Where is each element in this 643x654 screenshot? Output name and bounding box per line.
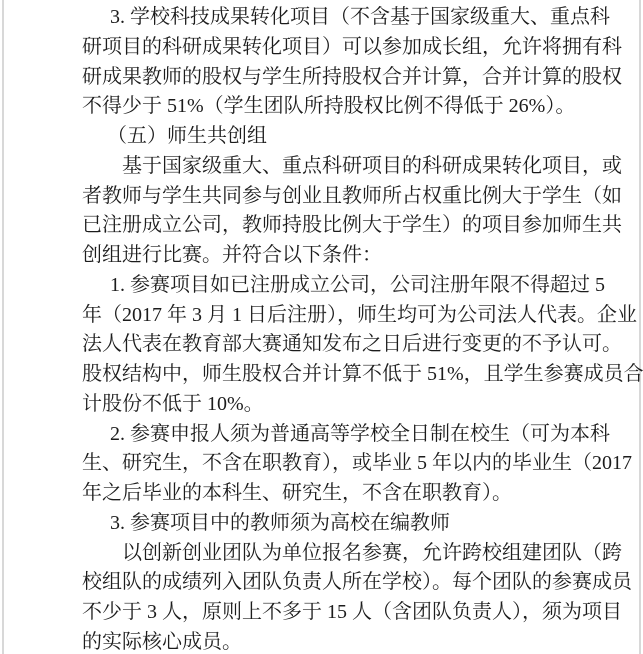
document-line: 生、研究生，不含在职教育），或毕业 5 年以内的毕业生（2017	[82, 449, 633, 479]
document-line: 2. 参赛申报人须为普通高等学校全日制在校生（可为本科	[110, 420, 633, 450]
document-line: 的实际核心成员。	[82, 628, 633, 654]
document-line: 创组进行比赛。并符合以下条件：	[82, 241, 633, 271]
document-line: 不少于 3 人，原则上不多于 15 人（含团队负责人），须为项目	[82, 598, 633, 628]
page-edge-left-line	[2, 0, 4, 654]
document-line: 基于国家级重大、重点科研项目的科研成果转化项目，或	[122, 152, 633, 182]
document-line: （五）师生共创组	[107, 122, 633, 152]
document-line: 股权结构中，师生股权合并计算不低于 51%，且学生参赛成员合	[82, 360, 633, 390]
document-line: 计股份不低于 10%。	[82, 390, 633, 420]
document-page: 3. 学校科技成果转化项目（不含基于国家级重大、重点科研项目的科研成果转化项目）…	[0, 0, 643, 654]
document-line: 者教师与学生共同参与创业且教师所占权重比例大于学生（如	[82, 182, 633, 212]
document-line: 年（2017 年 3 月 1 日后注册），师生均可为公司法人代表。企业	[82, 301, 633, 331]
document-line: 研成果教师的股权与学生所持股权合并计算，合并计算的股权	[82, 63, 633, 93]
document-body: 3. 学校科技成果转化项目（不含基于国家级重大、重点科研项目的科研成果转化项目）…	[82, 3, 633, 654]
document-line: 3. 学校科技成果转化项目（不含基于国家级重大、重点科	[110, 3, 633, 33]
document-line: 以创新创业团队为单位报名参赛，允许跨校组建团队（跨	[122, 539, 633, 569]
document-line: 年之后毕业的本科生、研究生，不含在职教育）。	[82, 479, 633, 509]
page-edge-right-line	[639, 0, 641, 654]
document-line: 已注册成立公司，教师持股比例大于学生）的项目参加师生共	[82, 211, 633, 241]
document-line: 法人代表在教育部大赛通知发布之日后进行变更的不予认可。	[82, 330, 633, 360]
document-line: 3. 参赛项目中的教师须为高校在编教师	[110, 509, 633, 539]
document-line: 校组队的成绩列入团队负责人所在学校）。每个团队的参赛成员	[82, 568, 633, 598]
document-line: 研项目的科研成果转化项目）可以参加成长组，允许将拥有科	[82, 33, 633, 63]
document-line: 不得少于 51%（学生团队所持股权比例不得低于 26%）。	[82, 92, 633, 122]
document-line: 1. 参赛项目如已注册成立公司，公司注册年限不得超过 5	[110, 271, 633, 301]
